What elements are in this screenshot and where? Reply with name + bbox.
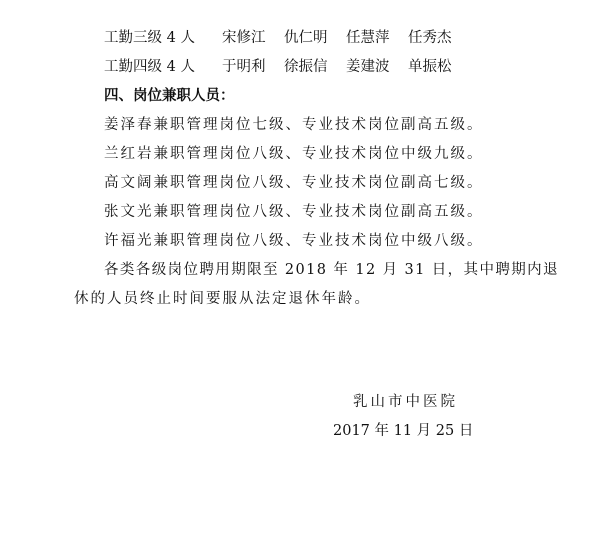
staff-name: 姜建波 xyxy=(346,57,408,77)
staff-row-grade4: 工勤四级 4 人于明利徐振信姜建波单振松 xyxy=(104,57,470,77)
part-time-item: 姜泽春兼职管理岗位七级、专业技术岗位副高五级。 xyxy=(104,115,484,135)
part-time-item: 兰红岩兼职管理岗位八级、专业技术岗位中级九级。 xyxy=(104,144,484,164)
part-time-item: 高文阔兼职管理岗位八级、专业技术岗位副高七级。 xyxy=(104,173,484,193)
signature-date: 2017 年 11 月 25 日 xyxy=(333,421,473,441)
staff-name: 任慧萍 xyxy=(346,28,408,48)
signature-org: 乳山市中医院 xyxy=(353,392,458,412)
staff-name: 于明利 xyxy=(222,57,284,77)
staff-name: 宋修江 xyxy=(222,28,284,48)
staff-name: 仇仁明 xyxy=(284,28,346,48)
staff-name: 单振松 xyxy=(408,57,470,77)
staff-row-grade3: 工勤三级 4 人宋修江仇仁明任慧萍任秀杰 xyxy=(104,28,470,48)
staff-name: 任秀杰 xyxy=(408,28,470,48)
grade-label: 工勤四级 4 人 xyxy=(104,57,222,77)
section-heading: 四、岗位兼职人员： xyxy=(104,86,235,106)
term-note-line1: 各类各级岗位聘用期限至 2018 年 12 月 31 日，其中聘期内退 xyxy=(104,260,559,280)
term-note-line2: 休的人员终止时间要服从法定退休年龄。 xyxy=(74,289,371,309)
part-time-item: 张文光兼职管理岗位八级、专业技术岗位副高五级。 xyxy=(104,202,484,222)
grade-label: 工勤三级 4 人 xyxy=(104,28,222,48)
staff-name: 徐振信 xyxy=(284,57,346,77)
part-time-item: 许福光兼职管理岗位八级、专业技术岗位中级八级。 xyxy=(104,231,484,251)
